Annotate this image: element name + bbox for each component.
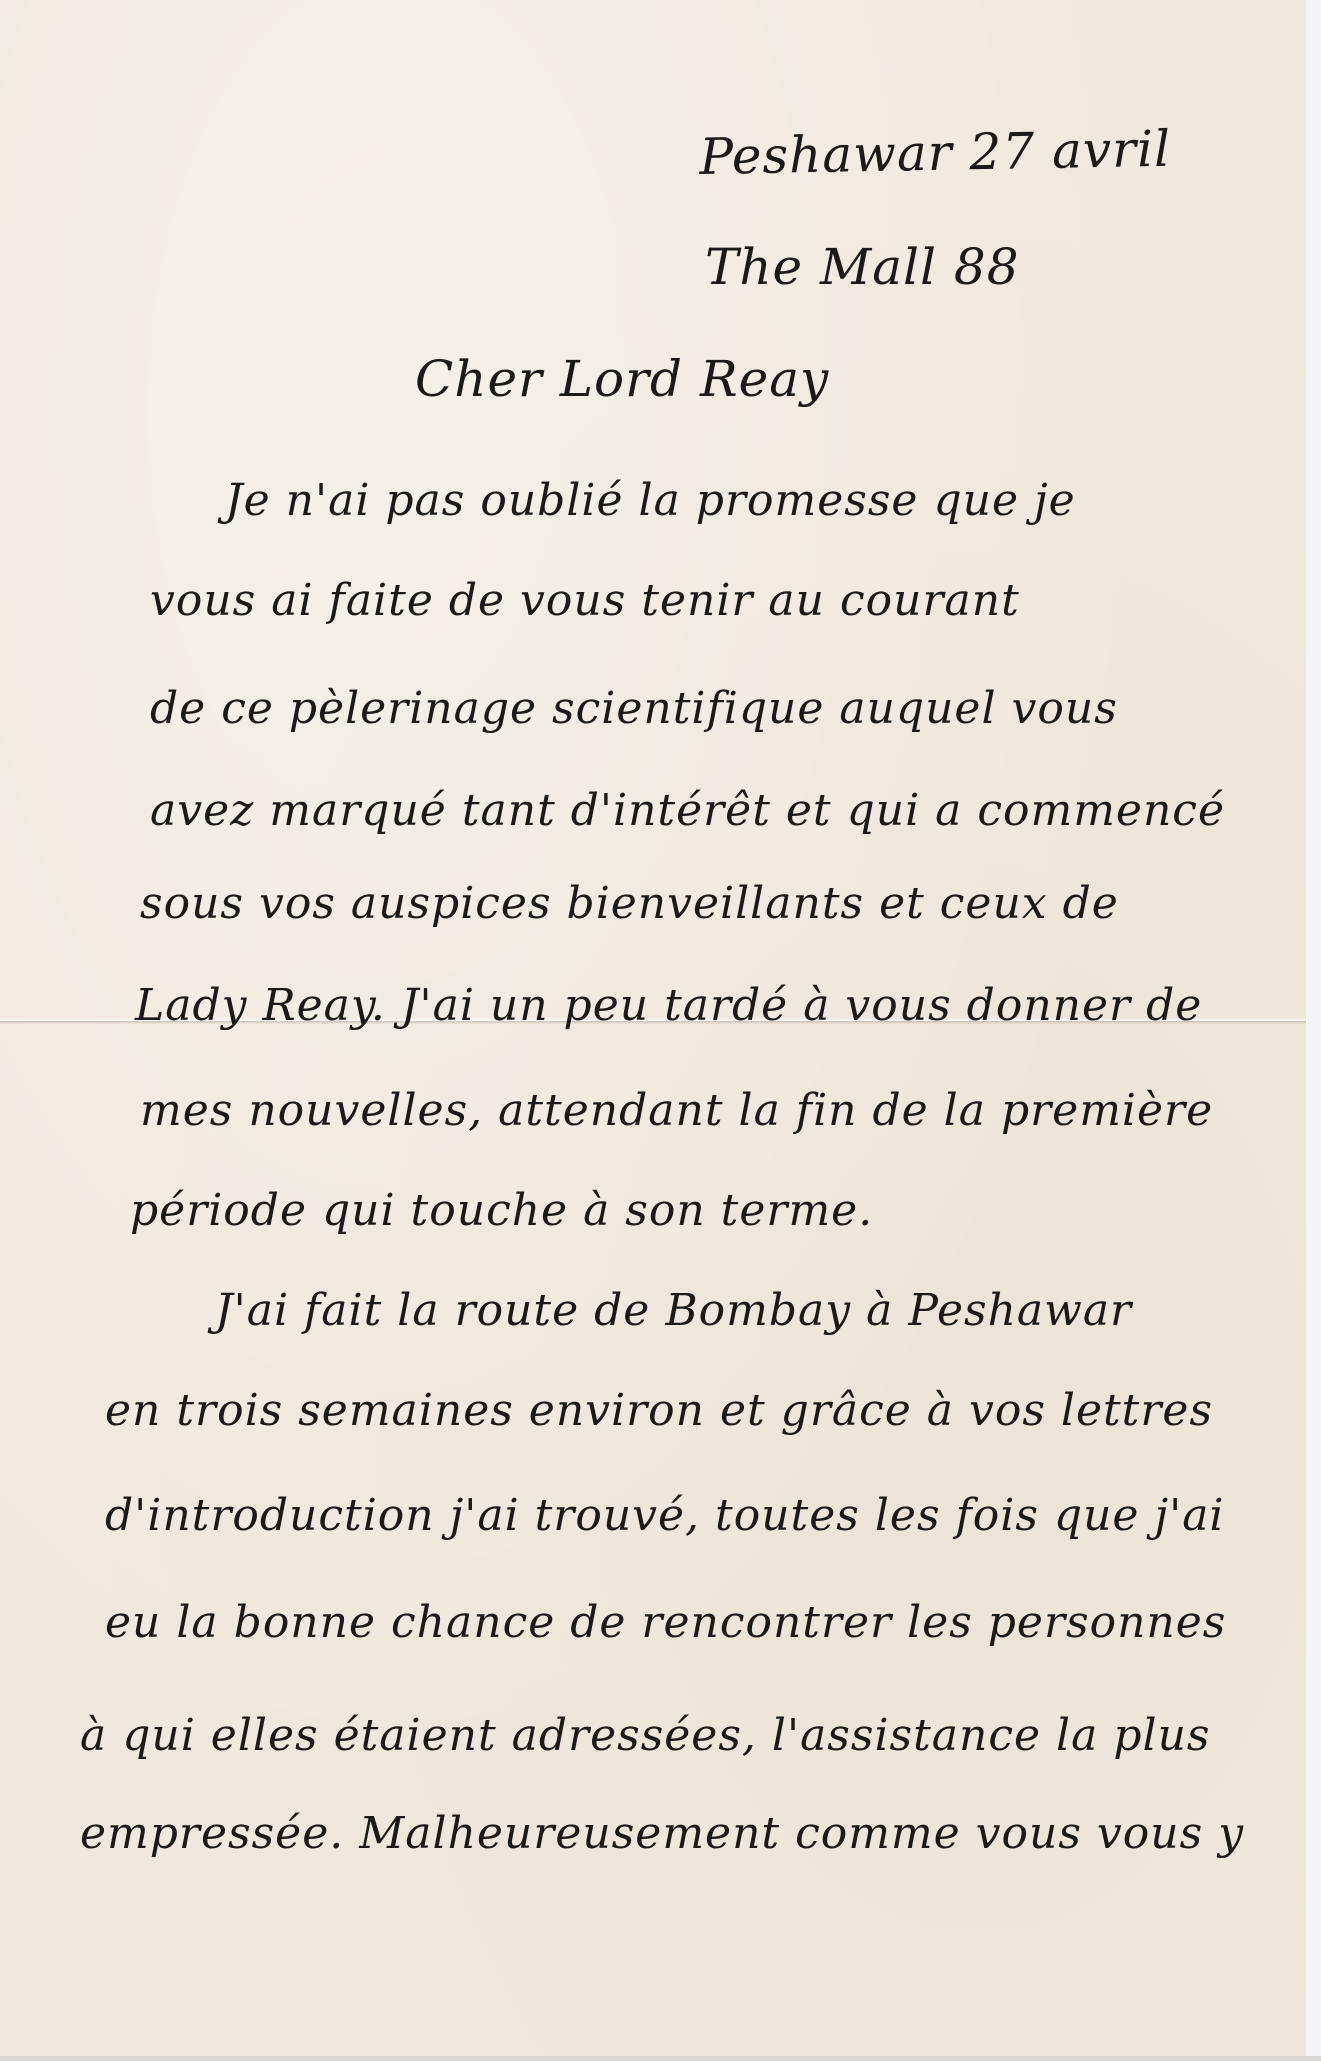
- letter-line-11: d'introduction j'ai trouvé, toutes les f…: [105, 1490, 1225, 1541]
- letter-line-4: avez marqué tant d'intérêt et qui a comm…: [150, 785, 1225, 836]
- scan-margin-bottom: [0, 2056, 1321, 2061]
- letter-line-12: eu la bonne chance de rencontrer les per…: [105, 1597, 1226, 1648]
- letter-line-3: de ce pèlerinage scientifique auquel vou…: [150, 683, 1118, 734]
- letter-line-2: vous ai faite de vous tenir au courant: [150, 575, 1020, 626]
- letter-line-13: à qui elles étaient adressées, l'assista…: [80, 1710, 1210, 1761]
- letter-line-7: mes nouvelles, attendant la fin de la pr…: [140, 1085, 1213, 1136]
- letter-sheet: Peshawar 27 avril The Mall 88 Cher Lord …: [0, 0, 1306, 2056]
- letter-line-1: Je n'ai pas oublié la promesse que je: [225, 475, 1076, 526]
- letter-line-6: Lady Reay. J'ai un peu tardé à vous donn…: [135, 980, 1202, 1031]
- scan-margin-right: [1306, 0, 1321, 2061]
- address: The Mall 88: [705, 238, 1020, 296]
- letter-line-10: en trois semaines environ et grâce à vos…: [105, 1385, 1213, 1436]
- letter-line-8: période qui touche à son terme.: [130, 1185, 873, 1236]
- place-date: Peshawar 27 avril: [699, 120, 1171, 186]
- letter-line-14: empressée. Malheureusement comme vous vo…: [80, 1808, 1244, 1859]
- letter-line-9: J'ai fait la route de Bombay à Peshawar: [215, 1285, 1132, 1336]
- letter-line-5: sous vos auspices bienveillants et ceux …: [140, 878, 1119, 929]
- salutation: Cher Lord Reay: [415, 350, 829, 408]
